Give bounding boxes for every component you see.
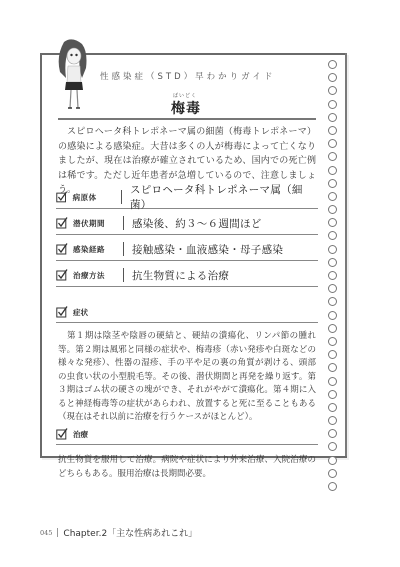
binder-ring-icon <box>328 245 337 254</box>
fact-row-transmission: 感染経路 接触感染・血液感染・母子感染 <box>56 238 318 261</box>
fact-label: 潜伏期間 <box>73 218 123 229</box>
binder-ring-icon <box>328 126 337 135</box>
binder-ring-icon <box>328 113 337 122</box>
binder-ring-icon <box>328 403 337 412</box>
binder-ring-icon <box>328 258 337 267</box>
binder-ring-icon <box>328 284 337 293</box>
binder-ring-icon <box>328 166 337 175</box>
fact-value: スピロヘータ科トレポネーマ属（細菌） <box>130 182 318 212</box>
binder-ring-icon <box>328 337 337 346</box>
divider <box>121 190 122 204</box>
divider <box>123 242 124 256</box>
fact-value: 接触感染・血液感染・母子感染 <box>132 242 283 257</box>
binder-ring-icon <box>328 442 337 451</box>
binder-ring-icon <box>328 456 337 465</box>
notebook-rings <box>327 60 341 495</box>
card-right-border <box>345 53 347 456</box>
binder-ring-icon <box>328 179 337 188</box>
chapter-title: Chapter.2「主な性病あれこれ」 <box>63 526 197 539</box>
binder-ring-icon <box>328 416 337 425</box>
guide-subtitle: 性感染症（STD）早わかりガイド <box>100 70 275 82</box>
binder-ring-icon <box>328 363 337 372</box>
binder-ring-icon <box>328 60 337 69</box>
fact-label: 感染経路 <box>73 244 123 255</box>
section-heading-treatment: 治療 <box>56 424 318 445</box>
binder-ring-icon <box>328 271 337 280</box>
checkbox-checked-icon <box>56 243 68 255</box>
binder-ring-icon <box>328 205 337 214</box>
fact-value: 抗生物質による治療 <box>132 268 229 283</box>
binder-ring-icon <box>328 377 337 386</box>
divider <box>123 268 124 282</box>
binder-ring-icon <box>328 350 337 359</box>
binder-ring-icon <box>328 86 337 95</box>
section-heading-symptoms: 症状 <box>56 302 318 323</box>
binder-ring-icon <box>328 390 337 399</box>
title-divider <box>58 118 316 120</box>
fact-row-treatment-method: 治療方法 抗生物質による治療 <box>56 264 318 287</box>
binder-ring-icon <box>328 152 337 161</box>
treatment-paragraph: 抗生物質を服用して治療。病院や症状により外来治療、入院治療のどちらもある。服用治… <box>58 454 316 481</box>
fact-label: 治療方法 <box>73 270 123 281</box>
section-heading: 治療 <box>73 429 88 440</box>
symptoms-paragraph: 第１期は陰茎や陰唇の硬結と、硬結の潰瘍化、リンパ節の腫れ等。第２期は風邪と同様の… <box>58 330 316 425</box>
binder-ring-icon <box>328 469 337 478</box>
binder-ring-icon <box>328 100 337 109</box>
binder-ring-icon <box>328 73 337 82</box>
divider <box>123 216 124 230</box>
binder-ring-icon <box>328 429 337 438</box>
checkbox-checked-icon <box>56 217 68 229</box>
binder-ring-icon <box>328 218 337 227</box>
footer-divider <box>57 528 58 537</box>
binder-ring-icon <box>328 231 337 240</box>
checkbox-checked-icon <box>56 428 68 440</box>
binder-ring-icon <box>328 192 337 201</box>
binder-ring-icon <box>328 482 337 491</box>
mascot-girl-illustration <box>52 38 94 112</box>
page-footer: 045 Chapter.2「主な性病あれこれ」 <box>40 526 197 539</box>
fact-row-pathogen: 病原体 スピロヘータ科トレポネーマ属（細菌） <box>56 186 318 209</box>
fact-row-incubation: 潜伏期間 感染後、約３〜６週間ほど <box>56 212 318 235</box>
binder-ring-icon <box>328 139 337 148</box>
checkbox-checked-icon <box>56 269 68 281</box>
fact-label: 病原体 <box>73 192 121 203</box>
checkbox-checked-icon <box>56 306 68 318</box>
binder-ring-icon <box>328 297 337 306</box>
page-title: 梅毒 <box>166 98 206 118</box>
section-heading: 症状 <box>73 307 88 318</box>
fact-value: 感染後、約３〜６週間ほど <box>132 216 262 231</box>
checkbox-checked-icon <box>56 191 68 203</box>
binder-ring-icon <box>328 311 337 320</box>
page-number: 045 <box>40 529 52 537</box>
binder-ring-icon <box>328 324 337 333</box>
